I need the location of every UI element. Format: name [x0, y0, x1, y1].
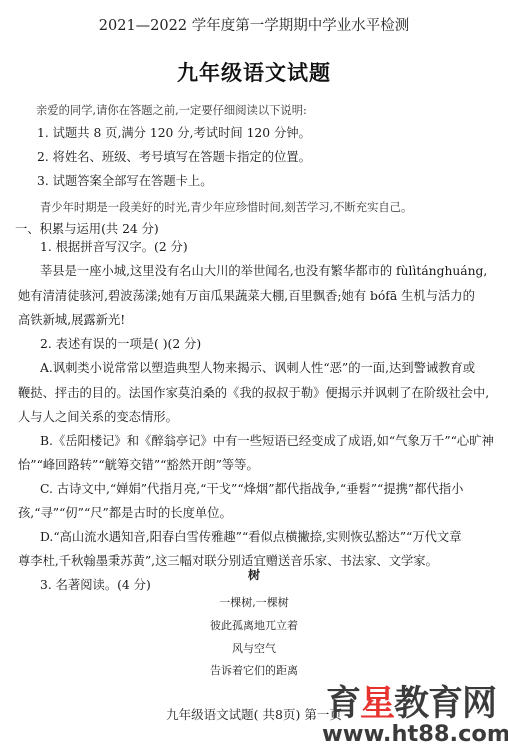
option-a-line: 人与人之间关系的变态情形。	[18, 410, 178, 424]
option-a-line: 鞭挞、抨击的目的。法国作家莫泊桑的《我的叔叔于勒》便揭示并讽刺了在阶级社会中,	[18, 386, 489, 400]
watermark-url: www.ht88.com	[322, 722, 508, 746]
option-b-line: B.《岳阳楼记》和《醉翁亭记》中有一些短语已经变成了成语,如“气象万千”“心旷神	[40, 434, 494, 448]
question-1-passage-line: 莘县是一座小城,这里没有名山大川的举世闻名,也没有繁华都市的 fùlìtángh…	[40, 264, 487, 278]
instruction-item-3: 3. 试题答案全部写在答题卡上。	[37, 174, 213, 188]
watermark-brand-suffix: 教育网	[394, 684, 496, 724]
motto: 青少年时期是一段美好的时光,青少年应珍惜时间,刻苦学习,不断充实自己。	[40, 199, 412, 215]
poem-line: 一棵树,一棵树	[0, 594, 508, 610]
watermark-brand-prefix: 育	[326, 684, 360, 724]
question-2-prompt: 2. 表述有误的一项是( )(2 分)	[40, 337, 201, 351]
poem-title: 树	[0, 566, 508, 583]
option-b-line: 怡”“峰回路转”“觥筹交错”“豁然开朗”等等。	[18, 458, 259, 472]
option-d-line: D.“高山流水遇知音,阳春白雪传雅趣”“看似点横撇捺,实则恢弘豁达”“万代文章	[40, 530, 462, 544]
question-1-passage-line: 她有清清徒骇河,碧波荡漾;她有万亩瓜果蔬菜大棚,百里飘香;她有 bófā 生机与…	[18, 289, 475, 303]
exam-series-header: 2021—2022 学年度第一学期期中学业水平检测	[0, 14, 508, 35]
option-a-line: A.讽刺类小说常常以塑造典型人物来揭示、讽刺人性“恶”的一面,达到警诫教育或	[40, 361, 475, 375]
poem-line: 彼此孤离地兀立着	[0, 617, 508, 633]
watermark-brand-star: 星	[360, 684, 394, 724]
section-heading: 一、积累与运用(共 24 分)	[15, 222, 159, 236]
instruction-item-1: 1. 试题共 8 页,满分 120 分,考试时间 120 分钟。	[37, 126, 311, 140]
instruction-item-2: 2. 将姓名、班级、考号填写在答题卡指定的位置。	[37, 150, 311, 164]
option-c-line: C. 古诗文中,“婵娟”代指月亮,“干戈”“烽烟”都代指战争,“垂髫”“提携”都…	[40, 482, 463, 496]
question-1-prompt: 1. 根据拼音写汉字。(2 分)	[40, 240, 188, 254]
question-1-passage-line: 高铁新城,展露新光!	[18, 313, 125, 327]
exam-title: 九年级语文试题	[0, 57, 508, 87]
watermark-logo: 育星教育网	[326, 684, 496, 724]
instructions-greeting: 亲爱的同学,请你在答题之前,一定要仔细阅读以下说明:	[36, 102, 307, 118]
poem-line: 风与空气	[0, 640, 508, 656]
poem-line: 告诉着它们的距离	[0, 662, 508, 678]
option-c-line: 孩,“寻”“仞”“尺”都是古时的长度单位。	[18, 506, 232, 520]
